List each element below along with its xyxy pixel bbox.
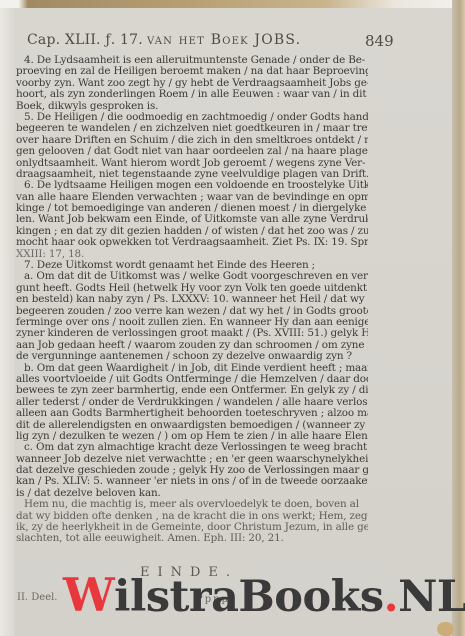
text-line: gen gelooven / dat Godt niet van haar oo… <box>16 146 368 157</box>
text-line: hoort, als zyn zonderlingen Roem / in al… <box>16 89 368 100</box>
text-line: ik, zy de heerlykheit in de Gemeinte, do… <box>16 522 368 533</box>
text-line: en besteld) kan naby zyn / Ps. LXXXV: 10… <box>16 294 368 305</box>
wilstrabooks-watermark: WilstraBooks.NL <box>63 568 465 622</box>
text-line: voorby zyn. Want zoo zegt hy / gy hebt d… <box>16 78 368 89</box>
text-line: c. Om dat zyn almachtige kracht deze Ver… <box>16 442 368 453</box>
text-line: mocht haar ook opwekken tot Verdraagsaam… <box>16 237 368 248</box>
watermark-suffix: NL <box>398 572 465 622</box>
text-line: zyner kinderen de verlossingen groot maa… <box>16 328 368 339</box>
text-line: kinge / tot bemoediginge van anderen / d… <box>16 203 368 214</box>
watermark-initial: W <box>63 568 114 622</box>
text-line: de vergunninge aantenemen / schoon zy de… <box>16 351 368 362</box>
chapter-reference: Cap. XLII. ƒ. 17. <box>27 32 143 48</box>
text-line: 7. Deze Uitkomst wordt genaamt het Einde… <box>16 260 368 271</box>
text-line: proeving en zal de Heiligen beroemt make… <box>16 66 368 77</box>
volume-label: II. Deel. <box>17 592 58 603</box>
watermark-name: ilstraBooks <box>114 572 383 622</box>
running-header: Cap. XLII. ƒ. 17. van het Boek JOBS. 849 <box>27 30 387 50</box>
text-line: kan / Ps. XLIV: 5. wanneer 'er niets in … <box>16 476 368 487</box>
text-line: dat dezelve geschieden zoude ; gelyk Hy … <box>16 465 368 476</box>
text-line: wanneer Job dezelve niet verwachtte ; en… <box>16 454 368 465</box>
text-line: Hem nu, die machtig is, meer als overvlo… <box>16 499 368 510</box>
text-line: gunt heeft. Godts Heil (hetwelk Hy voor … <box>16 283 368 294</box>
text-line: begeeren zouden / zoo verre kan wezen / … <box>16 306 368 317</box>
text-line: lig zyn / dezulken te wezen / ) om op He… <box>16 431 368 442</box>
text-line: bewees te zyn zeer barmhertig, ende een … <box>16 385 368 396</box>
closing-doxology: Hem nu, die machtig is, meer als overvlo… <box>16 499 368 545</box>
text-line: alleen aan Godts Barmhertigheit behoorde… <box>16 408 368 419</box>
text-line: aller tederst / onder de Verdrukkingen /… <box>16 397 368 408</box>
text-line: Boek, dikwyls gesproken is. <box>16 101 368 112</box>
text-line: is / dat dezelve beloven kan. <box>16 488 368 499</box>
text-line: van alle haare Elenden verwachten ; waar… <box>16 192 368 203</box>
text-line: over haare Driften en Schuim / die zich … <box>16 135 368 146</box>
text-line: aan Job gedaan heeft / waarom zouden zy … <box>16 340 368 351</box>
text-line: 6. De lydtsaame Heiligen mogen een voldo… <box>16 180 368 191</box>
text-line: begeeren te wandelen / en zichzelven nie… <box>16 123 368 134</box>
text-line: dat wy bidden ofte denken , na de kracht… <box>16 511 368 522</box>
text-line: draagsaamheit, niet tegenstaande zyne ve… <box>16 169 368 180</box>
text-line: 5. De Heiligen / die oodmoedig en zachtm… <box>16 112 368 123</box>
watermark-dot: . <box>384 572 398 622</box>
text-line: b. Om dat geen Waardigheit / in Job, dit… <box>16 363 368 374</box>
page-gutter <box>0 8 14 636</box>
text-line: alles voortvloeide / uit Godts Ontfermin… <box>16 374 368 385</box>
page-number: 849 <box>365 32 394 50</box>
text-line: 4. De Lydsaamheit is een alleruitmuntens… <box>16 55 368 66</box>
text-line: onlydtsaamheit. Want hierom wordt Job ge… <box>16 158 368 169</box>
page-stack-edge <box>452 0 465 636</box>
text-line: len. Want Job bekwam een Einde, of Uitko… <box>16 214 368 225</box>
text-line: fermingе over ons / nooit zullen zien. E… <box>16 317 368 328</box>
commentary-text: 4. De Lydsaamheit is een alleruitmuntens… <box>16 55 368 545</box>
text-line: dit de allerelendigsten en onwaardigsten… <box>16 420 368 431</box>
text-line: slachten, tot alle eeuwigheit. Amen. Eph… <box>16 533 368 544</box>
text-line: kingen ; en dat zy dit gezien hadden / o… <box>16 226 368 237</box>
paper-stain <box>437 622 453 636</box>
text-line: a. Om dat dit de Uitkomst was / welke Go… <box>16 271 368 282</box>
text-line: XXIII: 17, 18. <box>16 249 368 260</box>
book-title: van het Boek JOBS. <box>147 32 301 48</box>
